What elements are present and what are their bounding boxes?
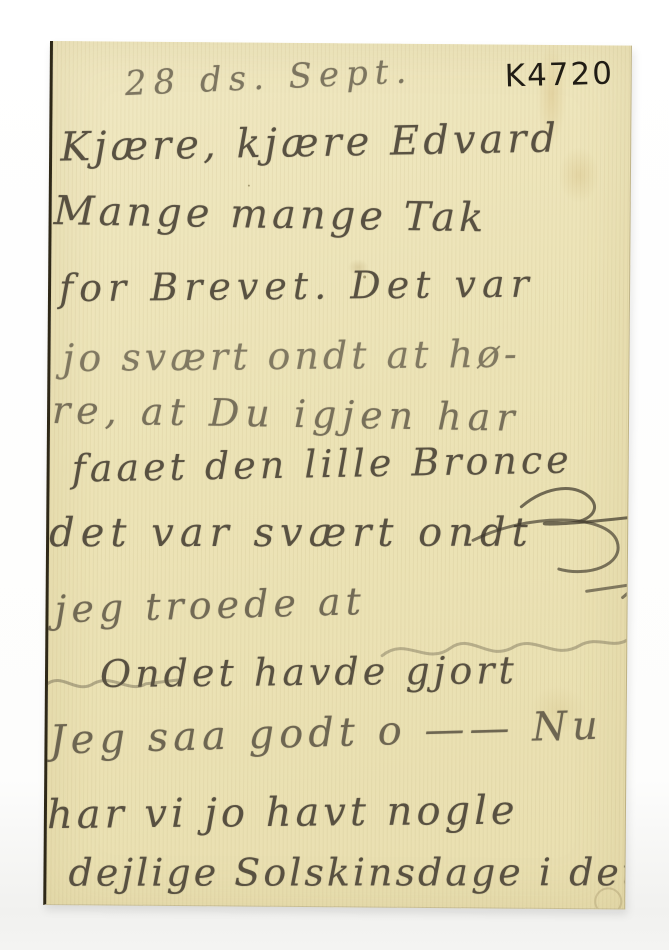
handwriting-line: dejlige Solskinsdage i det [68,853,632,891]
handwriting-line: re, at Du igjen har [52,391,521,437]
handwriting-line: Ondet havde gjort [100,651,518,693]
handwriting-line: Kjære, kjære Edvard [60,118,560,167]
paper-speck [248,185,250,187]
letter-paper: K4720 28 ds. Sept. Kjære, kjære Edvard M… [43,41,632,910]
handwriting-line: Jeg saa godt o —— Nu [49,706,603,761]
handwriting-line: faaet den lille Bronce [71,441,573,488]
underline-flourish-icon [517,477,632,548]
handwriting-line: det var svært ondt [49,513,534,553]
catalog-number: K4720 [504,56,614,95]
handwriting-line: jeg troede at [54,582,366,628]
handwriting-line: jo svært ondt at hø- [62,335,521,377]
handwriting-line: for Brevet. Det var [59,265,535,308]
handwriting-line-date: 28 ds. Sept. [124,54,414,101]
handwriting-line: Mange mange Tak [53,191,487,238]
handwriting-line: har vi jo havt nogle [47,791,519,836]
photo-background: K4720 28 ds. Sept. Kjære, kjære Edvard M… [0,0,669,950]
